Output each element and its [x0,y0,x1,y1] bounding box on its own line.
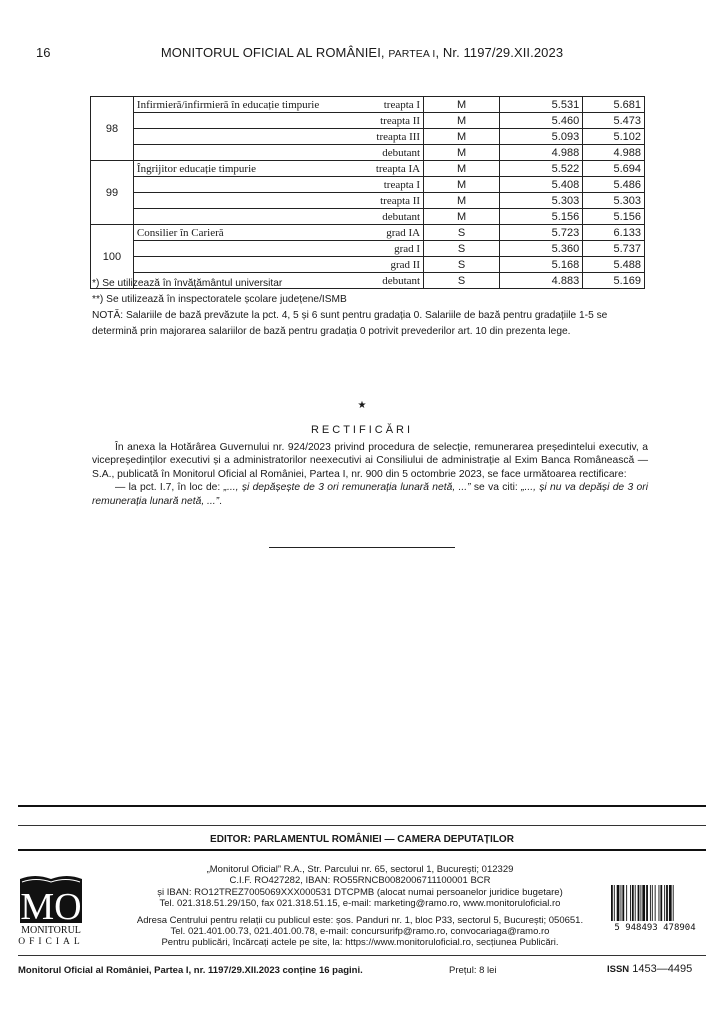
grade-level: debutant [364,145,423,161]
studies-level: M [424,161,500,177]
grade-level: grad II [364,257,423,273]
imprint-public-contact: Tel. 021.401.00.73, 021.401.00.78, e-mai… [120,926,600,937]
table-notes: *) Se utilizează în învățământul univers… [92,276,652,340]
base-salary-2: 5.681 [583,97,645,113]
function-name: Infirmieră/infirmieră în educație timpur… [133,97,364,113]
base-salary-2: 5.156 [583,209,645,225]
monitorul-oficial-logo: MO MONITORUL OFICIAL [18,873,84,945]
studies-level: M [424,129,500,145]
grade-level: treapta III [364,129,423,145]
function-name: Îngrijitor educație timpurie [133,161,364,177]
function-name [133,193,364,209]
correction-prefix: — la pct. I.7, în loc de: [115,482,224,493]
position-number: 99 [91,161,134,225]
base-salary-1: 5.522 [499,161,582,177]
rectificari-body: În anexa la Hotărârea Guvernului nr. 924… [92,441,648,508]
base-salary-2: 4.988 [583,145,645,161]
imprint-cif: C.I.F. RO427282, IBAN: RO55RNCB008200671… [120,875,600,886]
studies-level: M [424,193,500,209]
rectificari-correction: — la pct. I.7, în loc de: „..., și depăș… [92,481,648,508]
base-salary-2: 5.737 [583,241,645,257]
barcode: 5 948493 478904 [605,883,705,931]
studies-level: M [424,177,500,193]
header-title-part: PARTEA I [388,48,435,60]
function-name [133,113,364,129]
correction-end: . [219,496,222,507]
section-end-rule [269,547,455,548]
grade-level: debutant [364,209,423,225]
studies-level: M [424,145,500,161]
header-title-number: , Nr. 1197/29.XII.2023 [435,45,563,60]
grade-level: treapta I [364,97,423,113]
studies-level: M [424,209,500,225]
table-row: grad IS5.3605.737 [91,241,645,257]
imprint-public-center: Adresa Centrului pentru relații cu publi… [120,915,600,926]
table-row: 99Îngrijitor educație timpurietreapta IA… [91,161,645,177]
base-salary-1: 5.303 [499,193,582,209]
editor-line: EDITOR: PARLAMENTUL ROMÂNIEI — CAMERA DE… [0,834,724,845]
imprint-address: „Monitorul Oficial” R.A., Str. Parcului … [120,864,600,875]
rectificari-paragraph: În anexa la Hotărârea Guvernului nr. 924… [92,441,648,481]
svg-text:MONITORUL: MONITORUL [21,925,81,936]
table-row: grad IIS5.1685.488 [91,257,645,273]
nota: NOTĂ: Salariile de bază prevăzute la pct… [92,308,652,340]
table-row: treapta IIM5.4605.473 [91,113,645,129]
function-name [133,145,364,161]
barcode-icon: 5 948493 478904 [605,883,705,931]
footnote-2: **) Se utilizează în inspectoratele școl… [92,292,652,308]
grade-level: grad IA [364,225,423,241]
base-salary-1: 5.408 [499,177,582,193]
base-salary-1: 4.988 [499,145,582,161]
imprint-contact: Tel. 021.318.51.29/150, fax 021.318.51.1… [120,898,600,909]
base-salary-2: 5.303 [583,193,645,209]
table-row: 98Infirmieră/infirmieră în educație timp… [91,97,645,113]
correction-old-text: „..., și depășește de 3 ori remunerația … [224,482,471,493]
base-salary-1: 5.531 [499,97,582,113]
footer-issn: ISSN 1453—4495 [607,963,692,975]
imprint-publishing-info: Pentru publicări, încărcați actele pe si… [120,937,600,948]
imprint-iban: și IBAN: RO12TREZ7005069XXX000531 DTCPMB… [120,887,600,898]
grade-level: treapta II [364,193,423,209]
rectificari-title: RECTIFICĂRI [0,424,724,436]
function-name [133,129,364,145]
studies-level: M [424,97,500,113]
correction-mid: se va citi: [471,482,522,493]
logo-icon: MO MONITORUL OFICIAL [18,873,84,945]
base-salary-1: 5.156 [499,209,582,225]
footer-issue-info: Monitorul Oficial al României, Partea I,… [18,965,363,976]
table-row: 100Consilier în Carierăgrad IAS5.7236.13… [91,225,645,241]
footnote-1: *) Se utilizează în învățământul univers… [92,276,652,292]
studies-level: S [424,225,500,241]
base-salary-1: 5.168 [499,257,582,273]
svg-text:OFICIAL: OFICIAL [18,937,83,945]
function-name [133,209,364,225]
bottom-rule [18,955,706,956]
table-row: debutantM5.1565.156 [91,209,645,225]
svg-text:MO: MO [20,886,81,928]
issn-label: ISSN [607,964,629,975]
base-salary-1: 5.460 [499,113,582,129]
position-number: 98 [91,97,134,161]
base-salary-2: 5.694 [583,161,645,177]
table-row: treapta IIM5.3035.303 [91,193,645,209]
function-name: Consilier în Carieră [133,225,364,241]
editor-top-rule [18,825,706,826]
base-salary-2: 5.488 [583,257,645,273]
svg-text:5 948493 478904: 5 948493 478904 [614,923,695,931]
studies-level: S [424,241,500,257]
grade-level: treapta I [364,177,423,193]
table-row: treapta IM5.4085.486 [91,177,645,193]
base-salary-2: 5.486 [583,177,645,193]
base-salary-2: 5.473 [583,113,645,129]
editor-bottom-rule [18,849,706,851]
function-name [133,257,364,273]
footer-price: Prețul: 8 lei [449,965,497,976]
base-salary-1: 5.723 [499,225,582,241]
footer-top-rule [18,805,706,807]
grade-level: grad I [364,241,423,257]
table-row: debutantM4.9884.988 [91,145,645,161]
base-salary-1: 5.093 [499,129,582,145]
studies-level: S [424,257,500,273]
base-salary-2: 5.102 [583,129,645,145]
publisher-imprint: „Monitorul Oficial” R.A., Str. Parcului … [120,864,600,949]
header-title-main: MONITORUL OFICIAL AL ROMÂNIEI, [161,45,389,60]
issn-value: 1453—4495 [629,963,692,975]
function-name [133,177,364,193]
base-salary-1: 5.360 [499,241,582,257]
table-row: treapta IIIM5.0935.102 [91,129,645,145]
grade-level: treapta II [364,113,423,129]
page-header: MONITORUL OFICIAL AL ROMÂNIEI, PARTEA I,… [0,45,724,60]
star-separator: ★ [0,400,724,411]
grade-level: treapta IA [364,161,423,177]
function-name [133,241,364,257]
salary-table: 98Infirmieră/infirmieră în educație timp… [90,96,645,289]
base-salary-2: 6.133 [583,225,645,241]
studies-level: M [424,113,500,129]
